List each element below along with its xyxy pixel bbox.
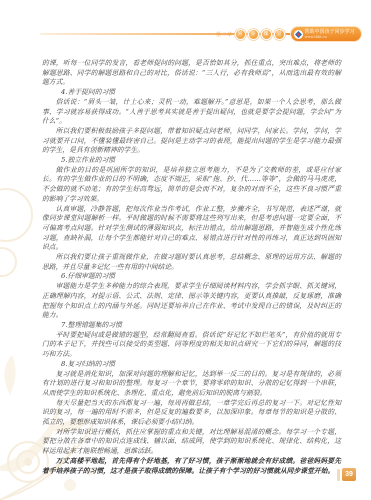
paragraph: 做作业的目的是巩固所学的知识，是培养独立思考能力，不是为了交教师的差，或是应付家… [42,166,341,205]
paragraph: 对所学知识进行概括，抓住应掌握的重点和关键，对比理解易混淆的概念。每学习一个专题… [42,428,341,457]
circle-badge: 堂 [275,30,284,39]
page-body-text: 的课，听每一位同学的发言，看老师提问的问题，是否恰如其分，抓住重点，突出难点，将… [42,59,341,476]
paragraph: 复习就是消化知识，加深对问题的理解和记忆，达到举一反三的目的。复习是有规律的，必… [42,370,341,399]
circle-badge: 步 [249,30,258,39]
brand-pill: 帮助中国孩子同步学习 www.tbkt.cn [291,27,361,41]
paragraph: 的课，听每一位同学的发言，看老师提问的问题，是否恰如其分，抓住重点，突出难点，将… [42,59,341,88]
chapter-label: 第二章 [216,31,233,38]
paragraph: 所以我们要让孩子重视做作业，在做习题时要认真思考，总结概念、原理的运用方法、解题… [42,253,341,272]
diamond-logo-icon [294,30,303,39]
header-circle-badges: 同 步 课 堂 [236,30,284,39]
page-number-accent-bar [337,469,340,481]
closing-paragraph: 万丈高楼平地起，首先得有个好地基，有了好习惯，孩子渐渐地就会有好成绩。爸爸妈妈要… [42,457,341,476]
paragraph: 认真审题，冷静答题，把每次作业当作考试，作业工整，步骤齐全，书写规范，表述严谨，… [42,205,341,254]
section-heading: 7.整理错题集的习惯 [42,321,341,331]
section-heading: 6.仔细审题的习惯 [42,272,341,282]
paragraph: 俗话说：“眉头一皱，计上心来；灵机一动，难题解开。”意思是，如果一个人会思考，那… [42,98,341,127]
paragraph: 所以我们要积极鼓励孩子多提问题，带着知识疑点问老师，问同学，问家长。学问，学问，… [42,127,341,156]
paragraph: 平时要把疑问或是做错的题型，经常翻阅查看。俗话说“好记忆不如烂笔头”，有价值的就… [42,331,341,360]
section-heading: 4.善于提问的习惯 [42,88,341,98]
book-page: 第二章 同 步 课 堂 帮助中国孩子同步学习 www.tbkt.cn 的课，听每… [0,0,371,500]
paragraph: 审题能力是学生多种能力的综合表现，要求学生仔细阅读材料内容，学会抓字眼、抓关键词… [42,282,341,321]
brand-subtitle: www.tbkt.cn [305,35,355,39]
section-heading: 8.复习归纳的习惯 [42,360,341,370]
circle-badge: 课 [262,30,271,39]
circle-badge: 同 [236,30,245,39]
header: 第二章 同 步 课 堂 帮助中国孩子同步学习 www.tbkt.cn [216,26,361,42]
paragraph: 每天尽量把当天的东西都复习一遍，每周再做总结，一章学完后再总的复习一下。对记忆性… [42,399,341,428]
brand-text: 帮助中国孩子同步学习 www.tbkt.cn [305,29,355,39]
page-number-value: 39 [342,468,356,481]
page-number: 39 [337,468,356,481]
section-heading: 5.独立作业的习惯 [42,156,341,166]
